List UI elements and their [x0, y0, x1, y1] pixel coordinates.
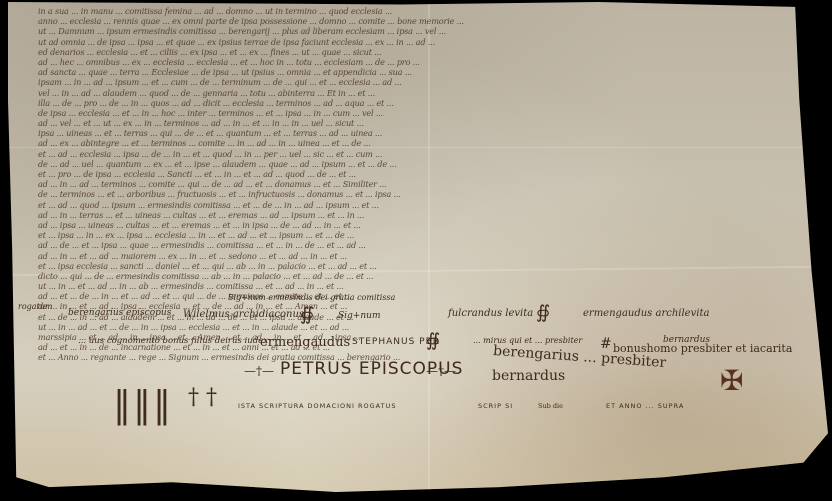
scribe-subscription-4: ET ANNO ... SUPRA [606, 402, 684, 410]
text-line: et ... ipsa ecclesia ... sancti ... dani… [38, 261, 798, 271]
text-line: ad ... ex ... abintegre ... et ... termi… [38, 138, 798, 148]
text-line: de ipsa ... ecclesia ... et ... in ... h… [38, 108, 798, 118]
cross-icon: —†— [244, 364, 274, 378]
cross-icon: † † [188, 385, 217, 410]
text-line: ad ... ipsa ... uineas ... cultas ... et… [38, 220, 798, 230]
text-line: ut ... in ... ad ... et ... de ... in ..… [38, 322, 798, 332]
monogram-icon: ∯ [426, 330, 440, 351]
text-line: ad ... in ... terras ... et ... uineas .… [38, 210, 798, 220]
text-line: ed denarios ... ecclesia ... et ... cili… [38, 47, 798, 57]
text-line: ad ... in ... et ... ad ... maiorem ... … [38, 251, 798, 261]
scribe-subscription-3: Sub die [538, 402, 563, 410]
signature-fulcrandus: fulcrandus levita [448, 308, 533, 319]
text-line: ipsa ... uineas ... et ... terras ... qu… [38, 128, 798, 138]
text-line: ut ad omnia ... de ipsa ... ipsa ... et … [38, 37, 798, 47]
scribe-subscription-2: SCRIP SI [478, 402, 513, 410]
text-line: ut ... in ... et ... ad ... in ... ab ..… [38, 281, 798, 291]
text-line: et ... ad ... quod ... ipsum ... ermesin… [38, 200, 798, 210]
text-line: dicto ... qui ... de ... ermesindis comi… [38, 271, 798, 281]
monogram-icon: ∯ [536, 302, 550, 323]
signature-wilelmus: Wilelmus archidiaconus [183, 309, 304, 320]
text-line: ad sancta ... quae ... terra ... Ecclesi… [38, 67, 798, 77]
monogram-icon: ‖‖‖ [113, 385, 173, 426]
text-line: vel ... in ... ad ... alaudem ... quod .… [38, 88, 798, 98]
text-line: et ... pro ... de ipsa ... ecclesia ... … [38, 169, 798, 179]
signature-berengarius-episcopus: berengarius episcopus [68, 308, 171, 318]
signature-guadallus: ... mirus qui et ... presbiter [473, 336, 582, 345]
scribe-subscription: ISTA SCRIPTURA DOMACIONI ROGATUS [238, 402, 396, 410]
text-line: anno ... ecclesia ... rennis quae ... ex… [38, 16, 798, 26]
cross-seal-icon: ✠ [720, 364, 743, 397]
text-line: ad ... in ... ad ... terminos ... comite… [38, 179, 798, 189]
parchment-charter: in a sua ... in manu ... comitissa femin… [8, 2, 828, 492]
text-line: ad ... vel ... et ... ut ... ex ... in .… [38, 118, 798, 128]
rogatum-text: rogatum [18, 302, 52, 311]
monogram-icon: ∯ [300, 304, 314, 325]
text-line: de ... terminos ... et ... arboribus ...… [38, 189, 798, 199]
cross-icon: —†— [426, 364, 456, 378]
text-line: ut ... Damnum ... ipsum ermesindis comit… [38, 26, 798, 36]
text-line: ad ... hec ... omnibus ... ex ... eccles… [38, 57, 798, 67]
text-line: in a sua ... in manu ... comitissa femin… [38, 6, 798, 16]
text-line: ad ... de ... et ... ipsa ... quae ... e… [38, 240, 798, 250]
signature-signum-2: Sig+num [338, 311, 380, 321]
text-line: ipsam ... in ... ad ... ipsum ... et ...… [38, 77, 798, 87]
signature-sunifred-iudex: ... uus cognomento bonus filius deirus i… [78, 336, 268, 346]
text-line: illa ... de ... pro ... de ... in ... qu… [38, 98, 798, 108]
text-line: et ... ipsa ... in ... ex ... ipsa ... e… [38, 230, 798, 240]
signature-bernardus: bernardus [492, 368, 565, 384]
text-line: de ... ad ... uel ... quantum ... ex ...… [38, 159, 798, 169]
signum-countess: Sig+num ermesindis dei gratia comitissa [228, 293, 395, 302]
signature-ermengaudus-2: ermengaudus [260, 335, 350, 350]
text-line: et ... ad ... ecclesia ... ipsa ... de .… [38, 149, 798, 159]
signature-ermengaudus: ermengaudus archilevita [583, 308, 709, 319]
text-line: ad ... et ... de ... in ... et ... ad ..… [38, 291, 798, 301]
